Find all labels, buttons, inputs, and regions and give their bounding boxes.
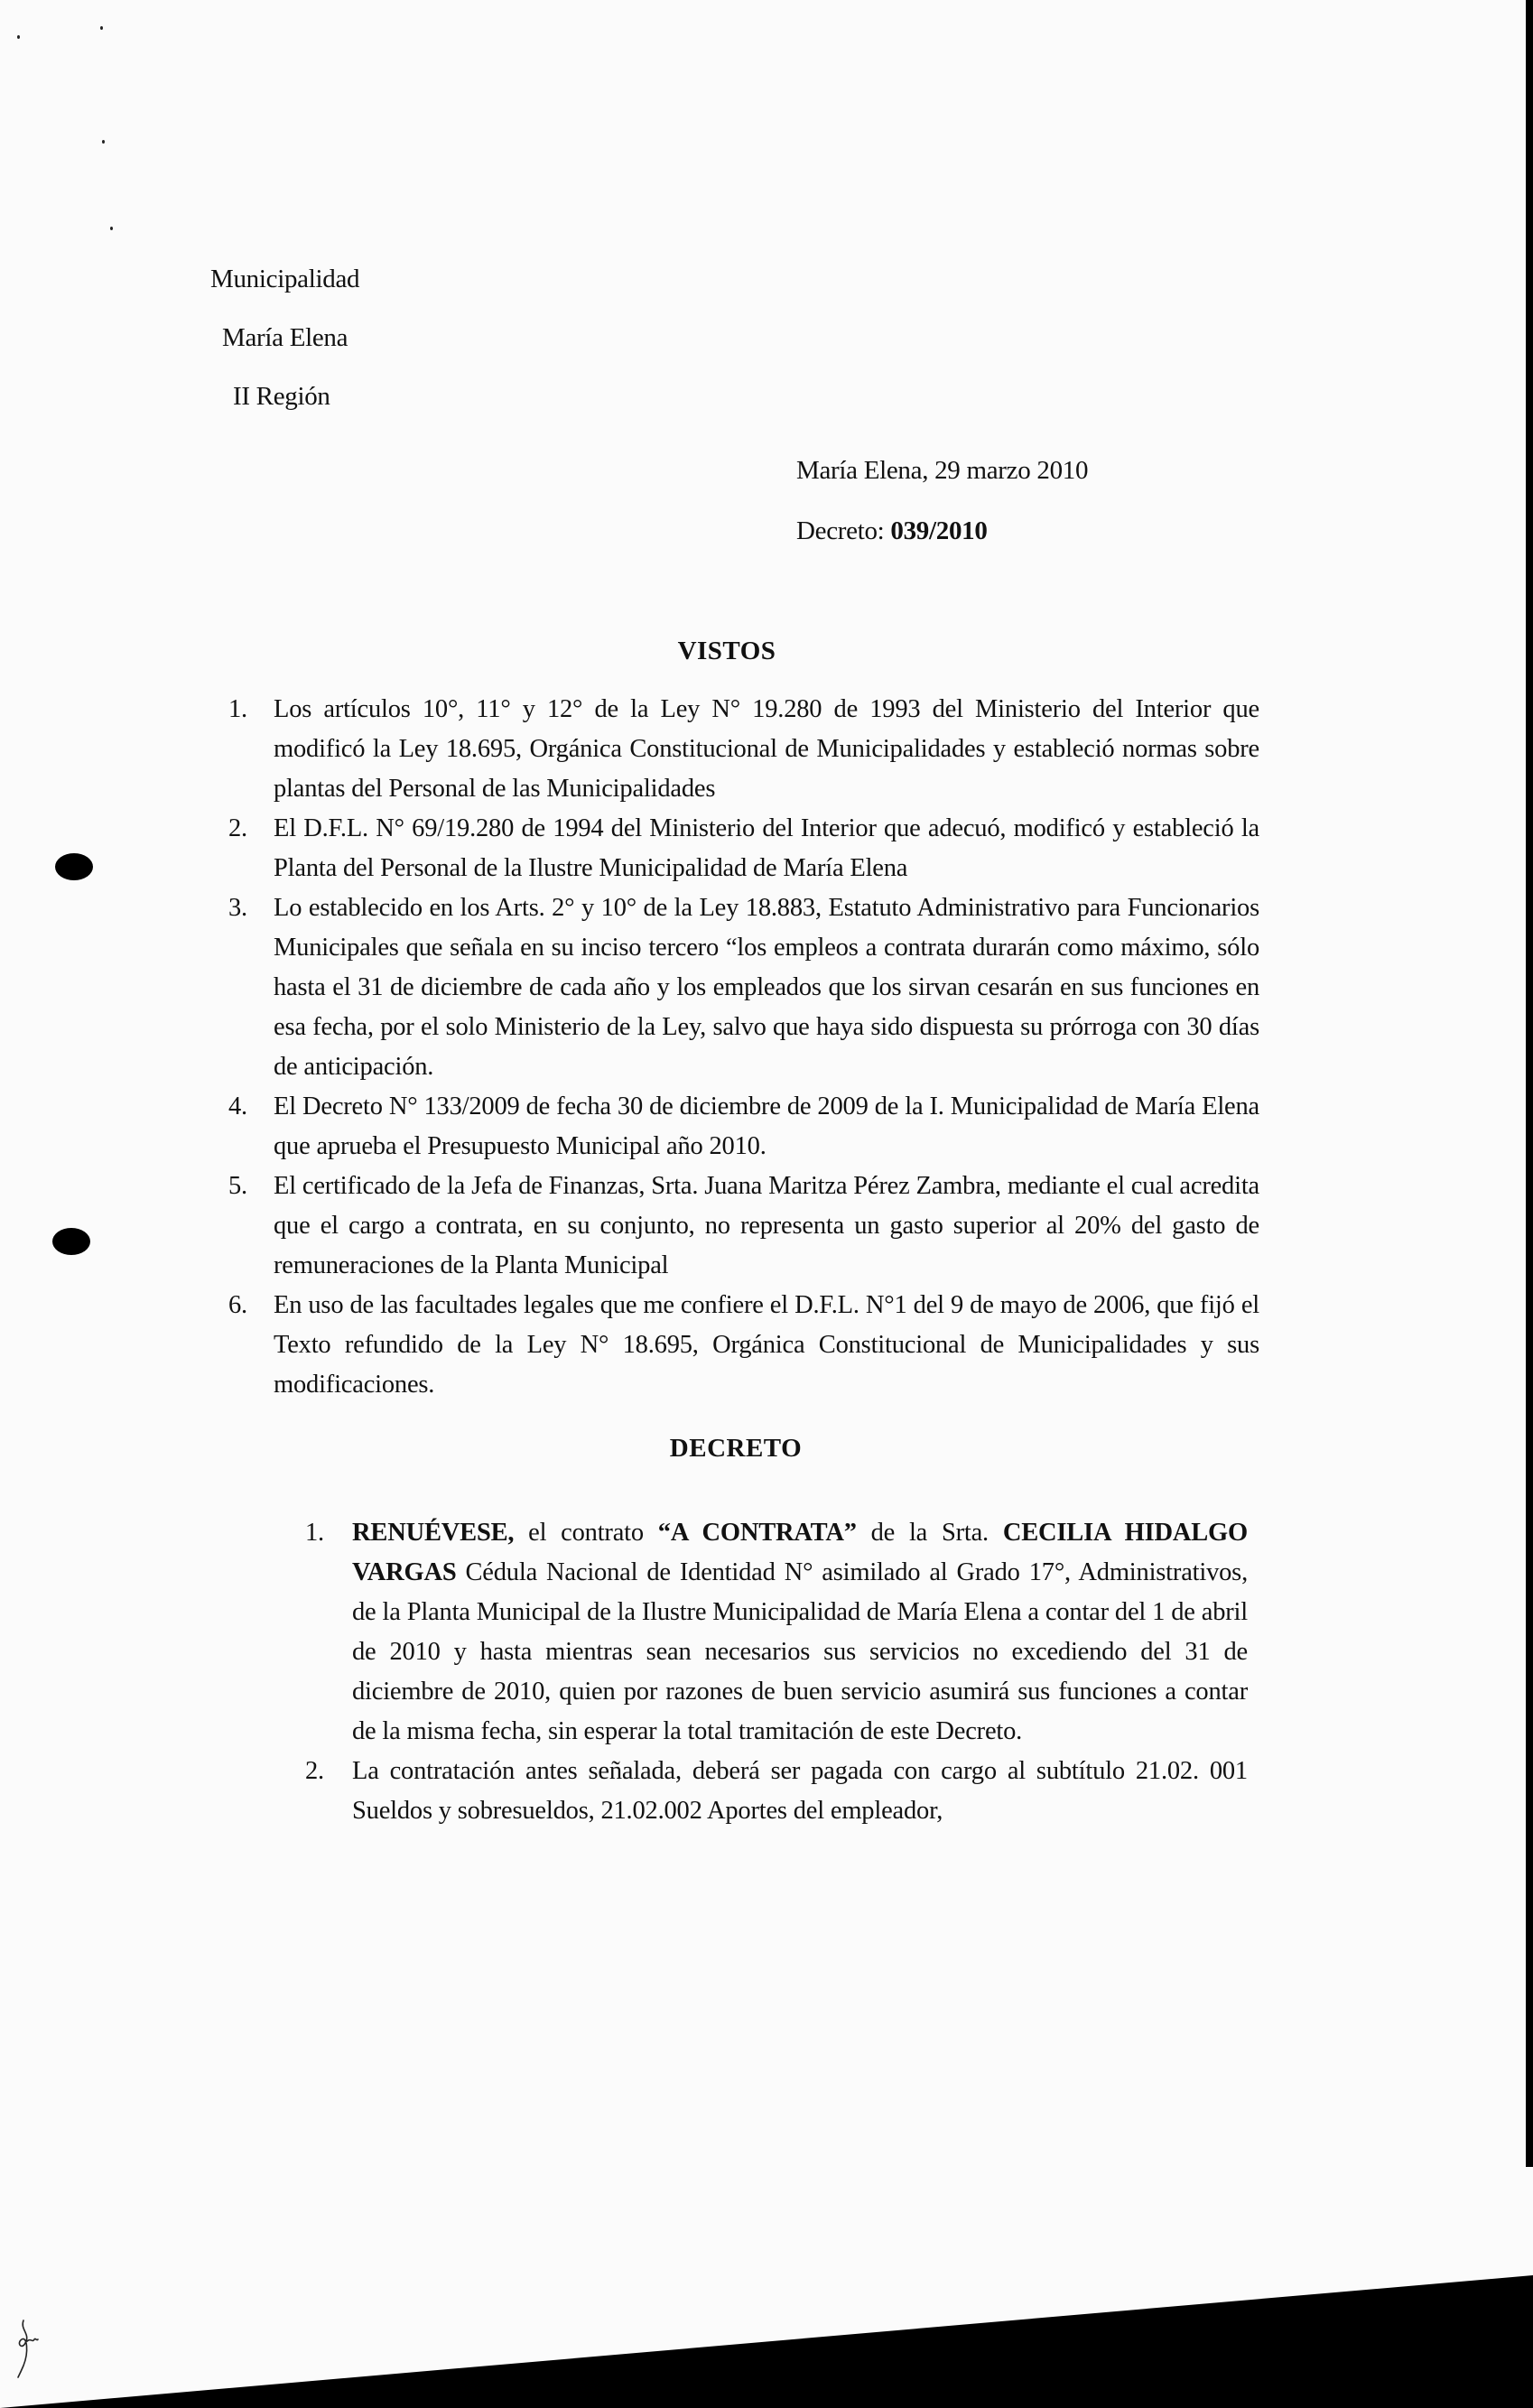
punch-hole bbox=[52, 1228, 90, 1255]
punch-hole bbox=[55, 853, 93, 880]
decreto-item: 2. La contratación antes señalada, deber… bbox=[305, 1752, 1248, 1831]
vistos-item: 6. En uso de las facultades legales que … bbox=[228, 1286, 1259, 1405]
scan-speck bbox=[110, 227, 113, 230]
letterhead-city: María Elena bbox=[222, 323, 348, 353]
scan-speck bbox=[100, 26, 103, 30]
decree-number-line: Decreto: 039/2010 bbox=[796, 516, 988, 546]
vistos-item: 2. El D.F.L. N° 69/19.280 de 1994 del Mi… bbox=[228, 809, 1259, 888]
decreto-list: 1. RENUÉVESE, el contrato “A CONTRATA” d… bbox=[305, 1513, 1248, 1831]
decreto-item: 1. RENUÉVESE, el contrato “A CONTRATA” d… bbox=[305, 1513, 1248, 1752]
renuevese-verb: RENUÉVESE, bbox=[352, 1519, 514, 1547]
decreto-heading: DECRETO bbox=[153, 1434, 1318, 1464]
decree-label: Decreto: bbox=[796, 516, 890, 545]
vistos-heading: VISTOS bbox=[144, 637, 1309, 666]
scanned-page: Municipalidad María Elena II Región Marí… bbox=[0, 0, 1533, 2408]
vistos-item: 3. Lo establecido en los Arts. 2° y 10° … bbox=[228, 888, 1259, 1087]
vistos-item: 5. El certificado de la Jefa de Finanzas… bbox=[228, 1167, 1259, 1286]
letterhead-municipalidad: Municipalidad bbox=[210, 265, 359, 294]
contract-type: “A CONTRATA” bbox=[658, 1519, 857, 1547]
place-date: María Elena, 29 marzo 2010 bbox=[796, 456, 1088, 486]
handwritten-initials-icon bbox=[11, 2316, 47, 2379]
scan-speck bbox=[102, 140, 105, 144]
vistos-item: 4. El Decreto N° 133/2009 de fecha 30 de… bbox=[228, 1087, 1259, 1167]
vistos-item: 1. Los artículos 10°, 11° y 12° de la Le… bbox=[228, 690, 1259, 809]
vistos-list: 1. Los artículos 10°, 11° y 12° de la Le… bbox=[228, 690, 1259, 1405]
decree-number: 039/2010 bbox=[890, 516, 987, 545]
scan-speck bbox=[17, 35, 20, 39]
letterhead-region: II Región bbox=[233, 382, 330, 412]
